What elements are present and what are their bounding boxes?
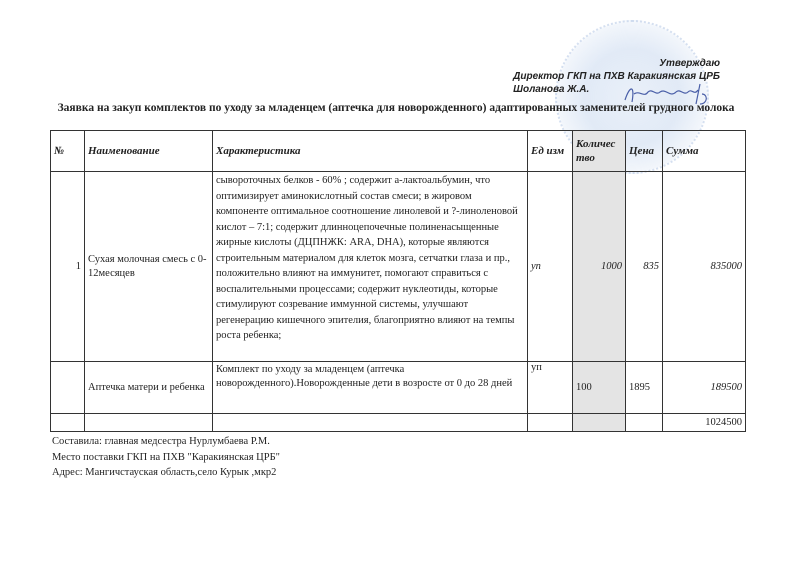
- empty-cell: [573, 414, 626, 432]
- delivery-address: Адрес: Мангичстауская область,село Курык…: [52, 465, 280, 481]
- delivery-place: Место поставки ГКП на ПХВ "Каракиянская …: [52, 450, 280, 466]
- compiled-by: Составила: главная медсестра Нурлумбаева…: [52, 434, 280, 450]
- row-name: Сухая молочная смесь с 0-12месяцев: [85, 172, 213, 362]
- empty-cell: [51, 414, 85, 432]
- total-sum: 1024500: [663, 414, 746, 432]
- empty-cell: [213, 414, 528, 432]
- row-unit: уп: [528, 172, 573, 362]
- items-table: № Наименование Характеристика Ед изм Кол…: [50, 130, 746, 432]
- row-sum: 835000: [663, 172, 746, 362]
- header-qty: Количес тво: [573, 131, 626, 172]
- row-sum: 189500: [663, 362, 746, 414]
- table-row: Аптечка матери и ребенка Комплект по ухо…: [51, 362, 746, 414]
- header-price: Цена: [626, 131, 663, 172]
- empty-cell: [528, 414, 573, 432]
- approval-heading: Утверждаю: [513, 57, 720, 70]
- row-price: 835: [626, 172, 663, 362]
- row-description: Комплект по уходу за младенцем (аптечка …: [213, 362, 528, 414]
- footer-notes: Составила: главная медсестра Нурлумбаева…: [52, 434, 280, 481]
- row-no: 1: [51, 172, 85, 362]
- header-description: Характеристика: [213, 131, 528, 172]
- row-qty: 1000: [573, 172, 626, 362]
- empty-cell: [626, 414, 663, 432]
- header-sum: Сумма: [663, 131, 746, 172]
- row-name: Аптечка матери и ребенка: [85, 362, 213, 414]
- approver-name: Шоланова Ж.А.: [513, 83, 625, 96]
- total-row: 1024500: [51, 414, 746, 432]
- row-no: [51, 362, 85, 414]
- row-description: сывороточных белков - 60% ; содержит а-л…: [213, 172, 528, 362]
- row-unit: уп: [528, 362, 573, 414]
- row-qty: 100: [573, 362, 626, 414]
- document-title: Заявка на закуп комплектов по уходу за м…: [46, 101, 746, 115]
- table-row: 1 Сухая молочная смесь с 0-12месяцев сыв…: [51, 172, 746, 362]
- table-header-row: № Наименование Характеристика Ед изм Кол…: [51, 131, 746, 172]
- empty-cell: [85, 414, 213, 432]
- row-price: 1895: [626, 362, 663, 414]
- header-unit: Ед изм: [528, 131, 573, 172]
- header-name: Наименование: [85, 131, 213, 172]
- header-no: №: [51, 131, 85, 172]
